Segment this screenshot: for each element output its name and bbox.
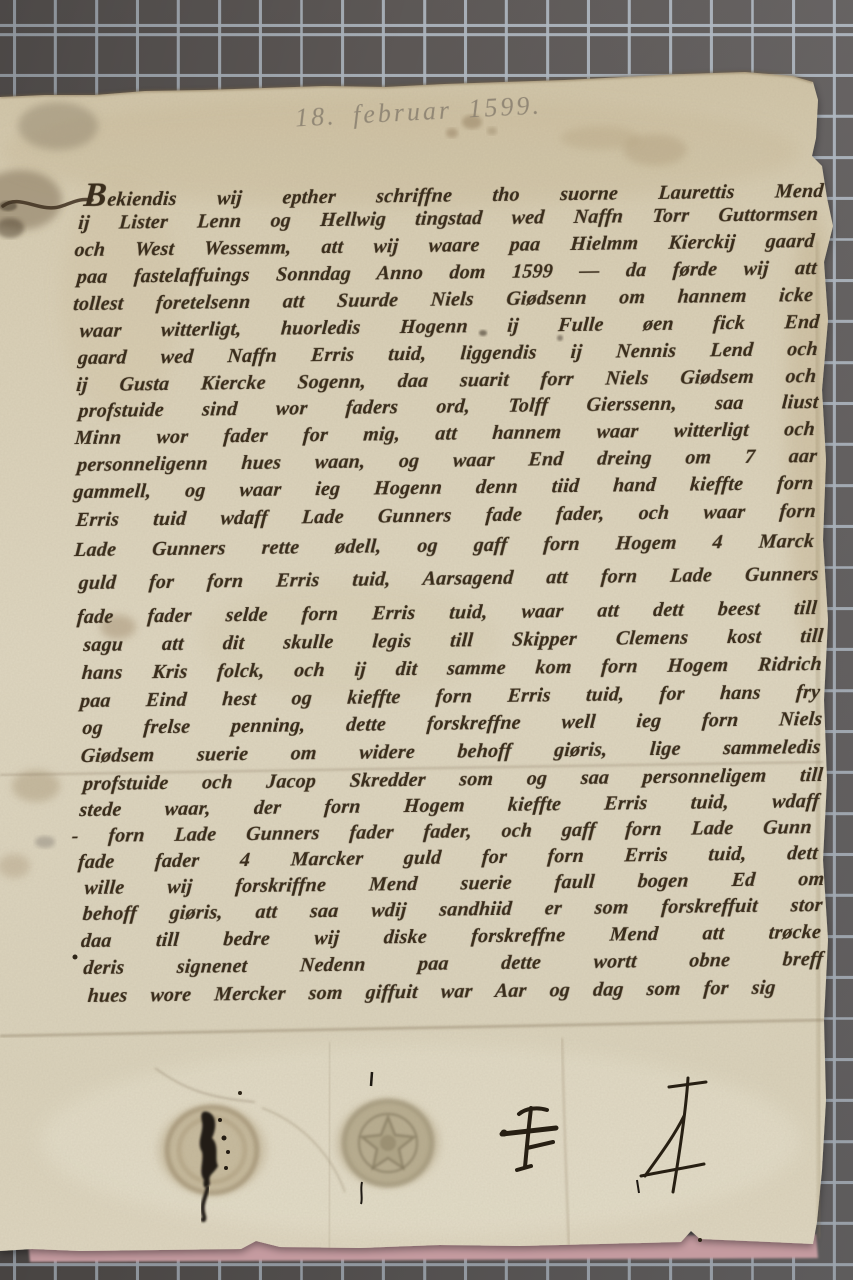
manuscript-line-14: Lade Gunners rette ødell, og gaff forn H… bbox=[73, 528, 815, 564]
photo-frame: 18. februar 1599. Bekiendis wij epther s… bbox=[0, 0, 853, 1280]
manuscript-text: Bekiendis wij epther schriffne tho suorn… bbox=[0, 0, 853, 1280]
manuscript-line-15: guld for forn Erris tuid, Aarsagend att … bbox=[78, 561, 820, 597]
